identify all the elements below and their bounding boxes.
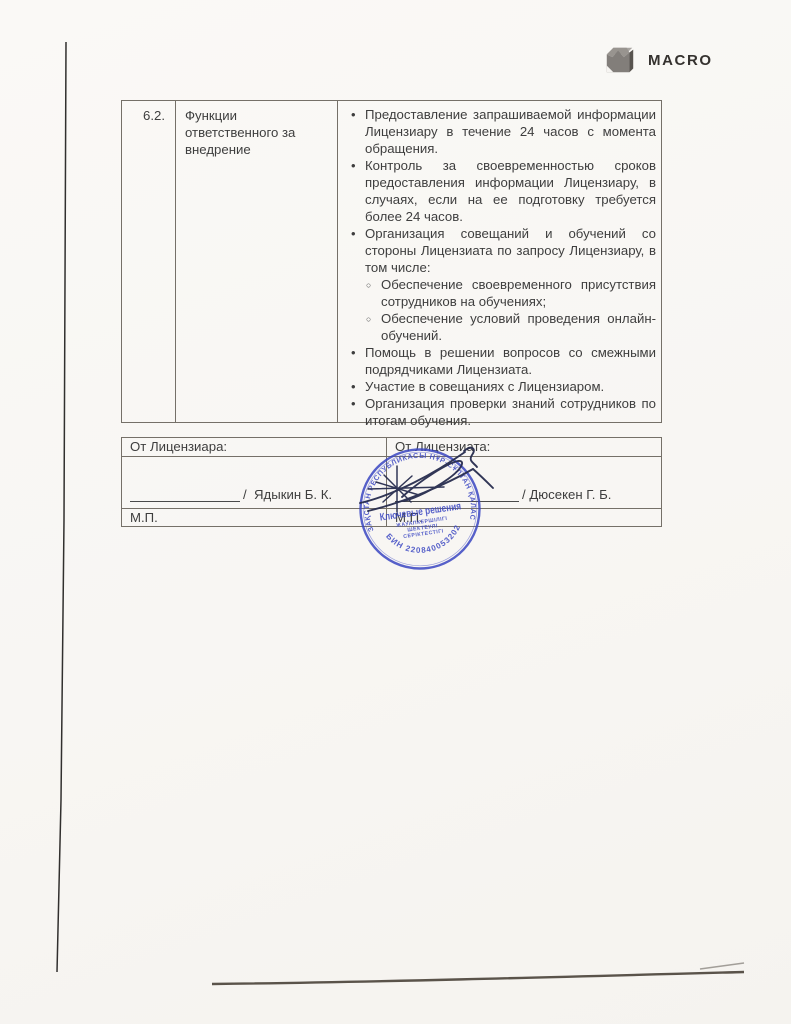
bullet-item: Контроль за своевременностью сроков пред…: [339, 157, 656, 225]
sub-bullet-item: Обеспечение условий проведения онлайн-об…: [365, 310, 656, 344]
licensee-signature-line: [395, 488, 519, 502]
licensor-signature-line: [130, 488, 240, 502]
scan-edge-line-bottom: [212, 972, 744, 984]
macro-logo-icon: [601, 43, 639, 77]
row-title-cell: Функции ответственного за внедрение: [176, 101, 338, 422]
sub-bullet-item: Обеспечение своевременного присутствия с…: [365, 276, 656, 310]
macro-logo: MACRO: [601, 43, 713, 77]
bullet-item: Организация проверки знаний сотрудников …: [339, 395, 656, 429]
functions-cell: Предоставление запрашиваемой информации …: [338, 101, 661, 422]
licensor-seal-label: М.П.: [122, 508, 386, 526]
row-number-cell: 6.2.: [122, 101, 176, 422]
stamp-subtitle-line3: СЕРІКТЕСТІГІ: [403, 528, 444, 540]
licensee-seal-label: М.П.: [386, 508, 661, 526]
bullet-item: Предоставление запрашиваемой информации …: [339, 106, 656, 157]
bullet-item: Участие в совещаниях с Лицензиаром.: [339, 378, 656, 395]
scan-edge-line-corner: [700, 963, 744, 969]
macro-logo-text: MACRO: [648, 52, 713, 69]
svg-text:БИН 220840053202: БИН 220840053202: [383, 522, 465, 560]
stamp-bin-text: БИН 220840053202: [383, 522, 465, 560]
bullet-item: Организация совещаний и обучений со стор…: [339, 225, 656, 276]
bullet-item: Помощь в решении вопросов со смежными по…: [339, 344, 656, 378]
licensor-signatory-name: / Ядыкин Б. К.: [243, 487, 332, 502]
signature-table: От Лицензиара: От Лицензиата: / Ядыкин Б…: [121, 437, 662, 527]
scanned-page: MACRO 6.2. Функции ответственного за вне…: [0, 0, 791, 1024]
licensee-signatory-name: / Дюсекен Г. Б.: [522, 487, 611, 502]
licensee-header: От Лицензиата:: [386, 438, 661, 456]
scan-edge-line-left: [57, 42, 66, 972]
licensor-header: От Лицензиара:: [122, 438, 386, 456]
licensee-signature-cell: / Дюсекен Г. Б.: [386, 456, 661, 508]
functions-list: Предоставление запрашиваемой информации …: [339, 106, 656, 429]
functions-table: 6.2. Функции ответственного за внедрение…: [121, 100, 662, 423]
licensor-signature-cell: / Ядыкин Б. К.: [122, 456, 386, 508]
